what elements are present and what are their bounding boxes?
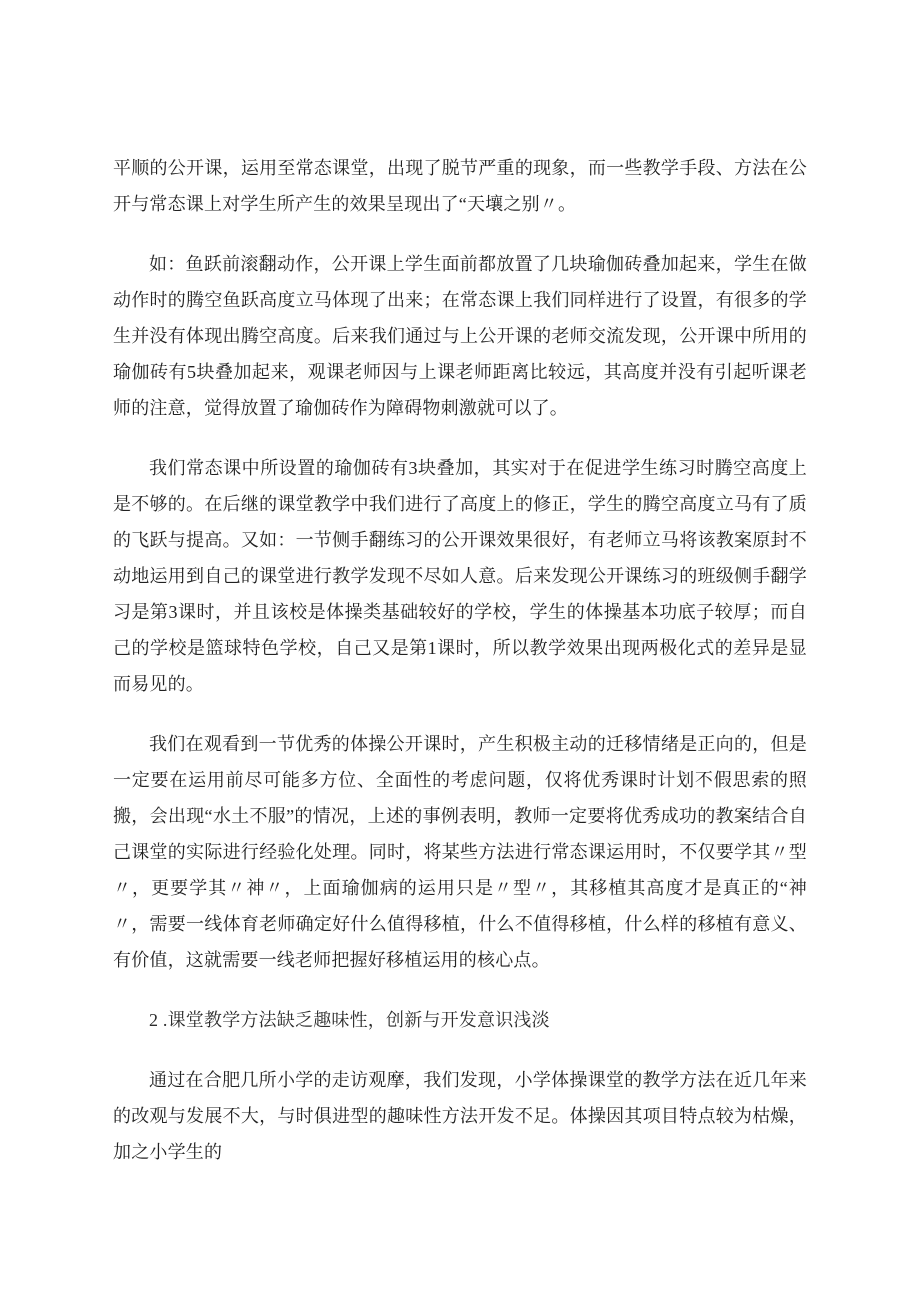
paragraph-transfer-discussion: 我们在观看到一节优秀的体操公开课时，产生积极主动的迁移情绪是正向的，但是一定要在…: [113, 726, 807, 978]
paragraph-hefei-observation: 通过在合肥几所小学的走访观摩，我们发现，小学体操课堂的教学方法在近几年来的改观与…: [113, 1062, 807, 1170]
section-heading-2: 2 .课堂教学方法缺乏趣味性，创新与开发意识浅淡: [113, 1002, 807, 1038]
document-page: 平顺的公开课，运用至常态课堂，出现了脱节严重的现象，而一些教学手段、方法在公开与…: [0, 0, 920, 1301]
document-text-block: 平顺的公开课，运用至常态课堂，出现了脱节严重的现象，而一些教学手段、方法在公开与…: [113, 150, 807, 1194]
paragraph-continuation: 平顺的公开课，运用至常态课堂，出现了脱节严重的现象，而一些教学手段、方法在公开与…: [113, 150, 807, 222]
paragraph-example-yoga-brick: 如：鱼跃前滚翻动作，公开课上学生面前都放置了几块瑜伽砖叠加起来，学生在做动作时的…: [113, 246, 807, 426]
paragraph-normal-class-correction: 我们常态课中所设置的瑜伽砖有3块叠加，其实对于在促进学生练习时腾空高度上是不够的…: [113, 450, 807, 702]
